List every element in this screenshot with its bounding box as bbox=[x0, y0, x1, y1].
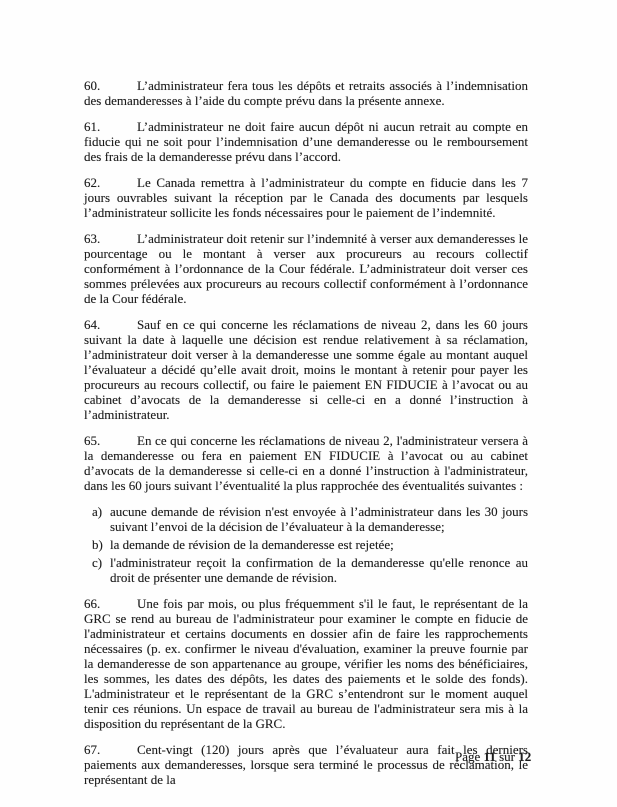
page-footer: Page 11 sur 12 bbox=[455, 749, 531, 764]
paragraph-63-number: 63. bbox=[84, 231, 137, 246]
paragraph-66: 66.Une fois par mois, ou plus fréquemmen… bbox=[84, 596, 528, 731]
clause-a-label: a) bbox=[92, 504, 110, 534]
paragraph-63-text: L’administrateur doit retenir sur l’inde… bbox=[84, 231, 528, 306]
paragraph-62: 62.Le Canada remettra à l’administrateur… bbox=[84, 175, 528, 220]
clause-a-text: aucune demande de révision n'est envoyée… bbox=[110, 504, 528, 534]
paragraph-60-text: L’administrateur fera tous les dépôts et… bbox=[84, 78, 528, 108]
paragraph-64: 64.Sauf en ce qui concerne les réclamati… bbox=[84, 317, 528, 422]
paragraph-61-number: 61. bbox=[84, 119, 137, 134]
paragraph-65-number: 65. bbox=[84, 433, 137, 448]
clause-c-label: c) bbox=[92, 555, 110, 585]
paragraph-66-text: Une fois par mois, ou plus fréquemment s… bbox=[84, 596, 528, 731]
clause-c-text: l'administrateur reçoit la confirmation … bbox=[110, 555, 528, 585]
clause-item-a: a) aucune demande de révision n'est envo… bbox=[92, 504, 528, 534]
paragraph-67-number: 67. bbox=[84, 742, 137, 757]
paragraph-63: 63.L’administrateur doit retenir sur l’i… bbox=[84, 231, 528, 306]
paragraph-62-text: Le Canada remettra à l’administrateur du… bbox=[84, 175, 528, 220]
clause-item-b: b) la demande de révision de la demander… bbox=[92, 537, 528, 552]
page-footer-label: Page bbox=[455, 749, 480, 764]
paragraph-61-text: L’administrateur ne doit faire aucun dép… bbox=[84, 119, 528, 164]
paragraph-62-number: 62. bbox=[84, 175, 137, 190]
page-footer-separator: sur bbox=[499, 749, 515, 764]
clause-b-text: la demande de révision de la demanderess… bbox=[110, 537, 528, 552]
document-body: 60.L’administrateur fera tous les dépôts… bbox=[84, 78, 528, 798]
paragraph-66-number: 66. bbox=[84, 596, 137, 611]
paragraph-64-text: Sauf en ce qui concerne les réclamations… bbox=[84, 317, 528, 422]
paragraph-61: 61.L’administrateur ne doit faire aucun … bbox=[84, 119, 528, 164]
clause-item-c: c) l'administrateur reçoit la confirmati… bbox=[92, 555, 528, 585]
clause-list: a) aucune demande de révision n'est envo… bbox=[92, 504, 528, 585]
clause-b-label: b) bbox=[92, 537, 110, 552]
paragraph-65: 65.En ce qui concerne les réclamations d… bbox=[84, 433, 528, 493]
paragraph-60-number: 60. bbox=[84, 78, 137, 93]
page-footer-current: 11 bbox=[484, 749, 496, 764]
paragraph-64-number: 64. bbox=[84, 317, 137, 332]
paragraph-65-text: En ce qui concerne les réclamations de n… bbox=[84, 433, 528, 493]
page-footer-total: 12 bbox=[518, 749, 531, 764]
paragraph-60: 60.L’administrateur fera tous les dépôts… bbox=[84, 78, 528, 108]
